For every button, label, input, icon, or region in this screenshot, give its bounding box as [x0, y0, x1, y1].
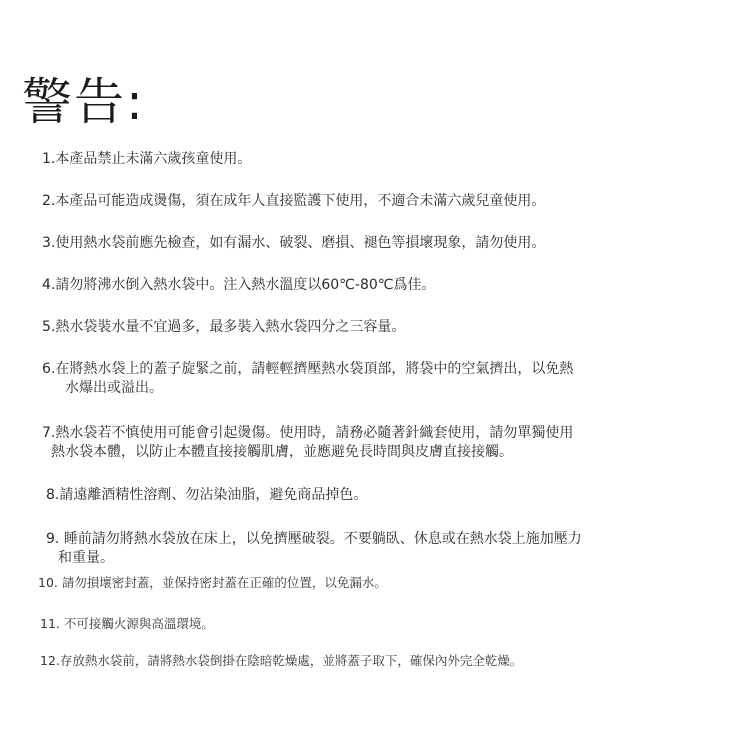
item-text: 熱水袋若不慎使用可能會引起燙傷。使用時，請務必隨著針織套使用，請勿單獨使用 — [55, 425, 573, 441]
warning-item-9: 9. 睡前請勿將熱水袋放在床上，以免擠壓破裂。不要躺臥、休息或在熱水袋上施加壓力… — [46, 530, 582, 568]
item-number: 11. — [40, 616, 64, 631]
item-continuation: 和重量。 — [46, 549, 582, 568]
item-number: 9. — [46, 531, 64, 547]
warning-item-3: 3.使用熱水袋前應先檢查，如有漏水、破裂、磨損、褪色等損壞現象，請勿使用。 — [42, 234, 545, 253]
item-number: 6. — [42, 361, 55, 377]
warning-item-12: 12.存放熱水袋前，請將熱水袋倒掛在陰暗乾燥處，並將蓋子取下，確保內外完全乾燥。 — [40, 651, 522, 670]
item-text: 請遠離酒精性溶劑、勿沾染油脂，避免商品掉色。 — [59, 487, 367, 503]
item-number: 8. — [46, 487, 59, 503]
warning-item-7: 7.熱水袋若不慎使用可能會引起燙傷。使用時，請務必隨著針織套使用，請勿單獨使用 … — [42, 424, 573, 462]
item-number: 1. — [42, 151, 55, 167]
page-title: 警告: — [22, 72, 145, 132]
item-text: 存放熱水袋前，請將熱水袋倒掛在陰暗乾燥處，並將蓋子取下，確保內外完全乾燥。 — [60, 653, 523, 668]
item-continuation: 水爆出或溢出。 — [42, 379, 573, 398]
item-number: 4. — [42, 277, 55, 293]
item-number: 5. — [42, 319, 55, 335]
item-number: 7. — [42, 425, 55, 441]
item-text: 請勿將沸水倒入熱水袋中。注入熱水溫度以60℃-80℃爲佳。 — [55, 277, 435, 293]
warning-item-8: 8.請遠離酒精性溶劑、勿沾染油脂，避免商品掉色。 — [46, 486, 367, 505]
item-text: 不可接觸火源與高溫環境。 — [64, 616, 214, 631]
item-number: 3. — [42, 235, 55, 251]
warning-item-2: 2.本產品可能造成燙傷，須在成年人直接監護下使用，不適合未滿六歲兒童使用。 — [42, 192, 545, 211]
warning-item-1: 1.本產品禁止未滿六歲孩童使用。 — [42, 150, 251, 169]
item-text: 睡前請勿將熱水袋放在床上，以免擠壓破裂。不要躺臥、休息或在熱水袋上施加壓力 — [64, 531, 582, 547]
item-number: 12. — [40, 653, 60, 668]
item-text: 本產品可能造成燙傷，須在成年人直接監護下使用，不適合未滿六歲兒童使用。 — [55, 193, 545, 209]
item-text: 本產品禁止未滿六歲孩童使用。 — [55, 151, 251, 167]
item-number: 10. — [38, 575, 62, 590]
item-text: 使用熱水袋前應先檢查，如有漏水、破裂、磨損、褪色等損壞現象，請勿使用。 — [55, 235, 545, 251]
warning-item-11: 11. 不可接觸火源與高溫環境。 — [40, 614, 214, 633]
item-number: 2. — [42, 193, 55, 209]
item-continuation: 熱水袋本體，以防止本體直接接觸肌膚，並應避免長時間與皮膚直接接觸。 — [42, 443, 573, 462]
warning-item-6: 6.在將熱水袋上的蓋子旋緊之前，請輕輕擠壓熱水袋頂部，將袋中的空氣擠出，以免熱 … — [42, 360, 573, 398]
item-text: 請勿損壞密封蓋，並保持密封蓋在正確的位置，以免漏水。 — [62, 575, 387, 590]
warning-item-4: 4.請勿將沸水倒入熱水袋中。注入熱水溫度以60℃-80℃爲佳。 — [42, 276, 435, 295]
warning-item-5: 5.熱水袋裝水量不宜過多，最多裝入熱水袋四分之三容量。 — [42, 318, 405, 337]
item-text: 熱水袋裝水量不宜過多，最多裝入熱水袋四分之三容量。 — [55, 319, 405, 335]
item-text: 在將熱水袋上的蓋子旋緊之前，請輕輕擠壓熱水袋頂部，將袋中的空氣擠出，以免熱 — [55, 361, 573, 377]
warning-item-10: 10. 請勿損壞密封蓋，並保持密封蓋在正確的位置，以免漏水。 — [38, 573, 387, 592]
